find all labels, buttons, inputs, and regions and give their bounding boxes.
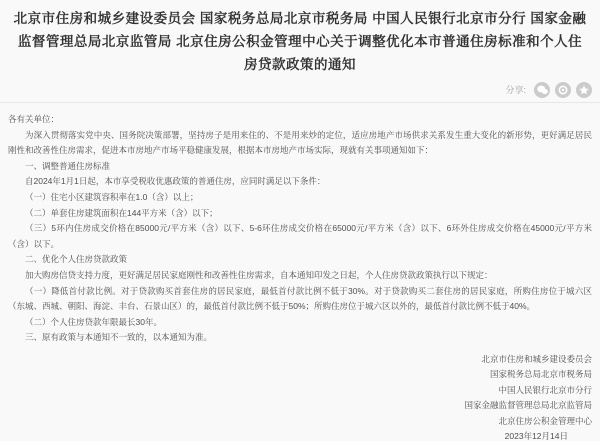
- signature-line-5: 北京住房公积金管理中心: [8, 414, 592, 429]
- section-1-intro: 自2024年1月1日起，本市享受税收优惠政策的普通住房，应同时满足以下条件：: [8, 174, 592, 190]
- share-label: 分享:: [505, 83, 526, 96]
- section-1-item-3: （三）5环内住房成交价格在85000元/平方米（含）以下、5-6环住房成交价格在…: [8, 221, 592, 252]
- qzone-share-icon[interactable]: [576, 82, 592, 98]
- section-1-heading: 一、调整普通住房标准: [8, 159, 592, 175]
- section-2-item-2: （二）个人住房贷款年限最长30年。: [8, 315, 592, 331]
- section-1-item-1: （一）住宅小区建筑容积率在1.0（含）以上；: [8, 190, 592, 206]
- section-1-item-2: （二）单套住房建筑面积在144平方米（含）以下；: [8, 206, 592, 222]
- section-2-heading: 二、优化个人住房贷款政策: [8, 252, 592, 268]
- wechat-share-icon[interactable]: [534, 82, 550, 98]
- section-2-item-1: （一）降低首付款比例。对于贷款购买首套住房的居民家庭，最低首付款比例不低于30%…: [8, 284, 592, 315]
- moments-share-icon[interactable]: [555, 82, 571, 98]
- signature-line-2: 国家税务总局北京市税务局: [8, 367, 592, 382]
- divider: [0, 102, 600, 103]
- notice-page: 北京市住房和城乡建设委员会 国家税务总局北京市税务局 中国人民银行北京市分行 国…: [0, 0, 600, 441]
- signature-line-1: 北京市住房和城乡建设委员会: [8, 352, 592, 367]
- section-2-intro: 加大购房信贷支持力度，更好满足居民家庭刚性和改善性住房需求，自本通知印发之日起，…: [8, 268, 592, 284]
- signature-line-4: 国家金融监督管理总局北京监管局: [8, 398, 592, 413]
- signature-block: 北京市住房和城乡建设委员会 国家税务总局北京市税务局 中国人民银行北京市分行 国…: [8, 352, 592, 441]
- issue-date: 2023年12月14日: [8, 429, 592, 441]
- salutation: 各有关单位：: [8, 112, 592, 128]
- signature-line-3: 中国人民银行北京市分行: [8, 383, 592, 398]
- share-bar: 分享:: [8, 81, 592, 98]
- paragraph-intro: 为深入贯彻落实党中央、国务院决策部署，坚持房子是用来住的、不是用来炒的定位，适应…: [8, 128, 592, 159]
- page-title: 北京市住房和城乡建设委员会 国家税务总局北京市税务局 中国人民银行北京市分行 国…: [12, 7, 588, 76]
- notice-body: 各有关单位： 为深入贯彻落实党中央、国务院决策部署，坚持房子是用来住的、不是用来…: [8, 112, 592, 346]
- section-3: 三、原有政策与本通知不一致的，以本通知为准。: [8, 330, 592, 346]
